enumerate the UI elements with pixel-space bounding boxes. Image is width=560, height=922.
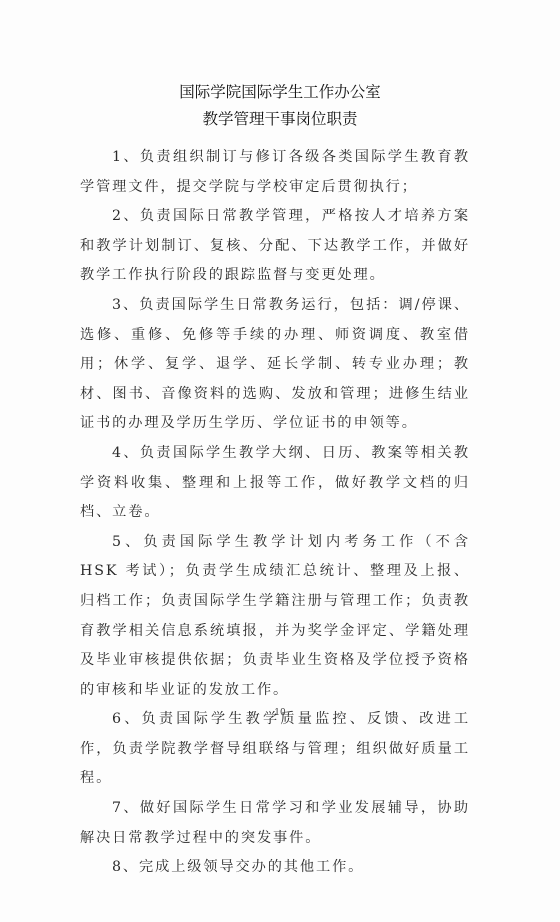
document-page: 国际学院国际学生工作办公室 教学管理干事岗位职责 1、负责组织制订与修订各级各类…: [0, 0, 560, 922]
duty-paragraph-4: 4、负责国际学生教学大纲、日历、教案等相关教学资料收集、整理和上报等工作，做好教…: [80, 439, 470, 528]
duty-paragraph-2: 2、负责国际日常教学管理，严格按人才培养方案和教学计划制订、复核、分配、下达教学…: [80, 202, 470, 291]
page-number: 10: [0, 708, 560, 718]
duty-paragraph-6: 6、负责国际学生教学质量监控、反馈、改进工作，负责学院教学督导组联络与管理；组织…: [80, 705, 470, 794]
duty-paragraph-7: 7、做好国际学生日常学习和学业发展辅导，协助解决日常教学过程中的突发事件。: [80, 794, 470, 853]
duty-paragraph-5: 5、负责国际学生教学计划内考务工作（不含 HSK 考试）；负责学生成绩汇总统计、…: [80, 528, 470, 706]
duty-paragraph-3: 3、负责国际学生日常教务运行，包括：调/停课、选修、重修、免修等手续的办理、师资…: [80, 291, 470, 439]
document-title-office: 国际学院国际学生工作办公室: [0, 80, 560, 102]
duty-paragraph-1: 1、负责组织制订与修订各级各类国际学生教育教学管理文件，提交学院与学校审定后贯彻…: [80, 143, 470, 202]
duties-list: 1、负责组织制订与修订各级各类国际学生教育教学管理文件，提交学院与学校审定后贯彻…: [80, 143, 470, 883]
document-title-position: 教学管理干事岗位职责: [0, 107, 560, 129]
duty-paragraph-8: 8、完成上级领导交办的其他工作。: [80, 853, 470, 883]
